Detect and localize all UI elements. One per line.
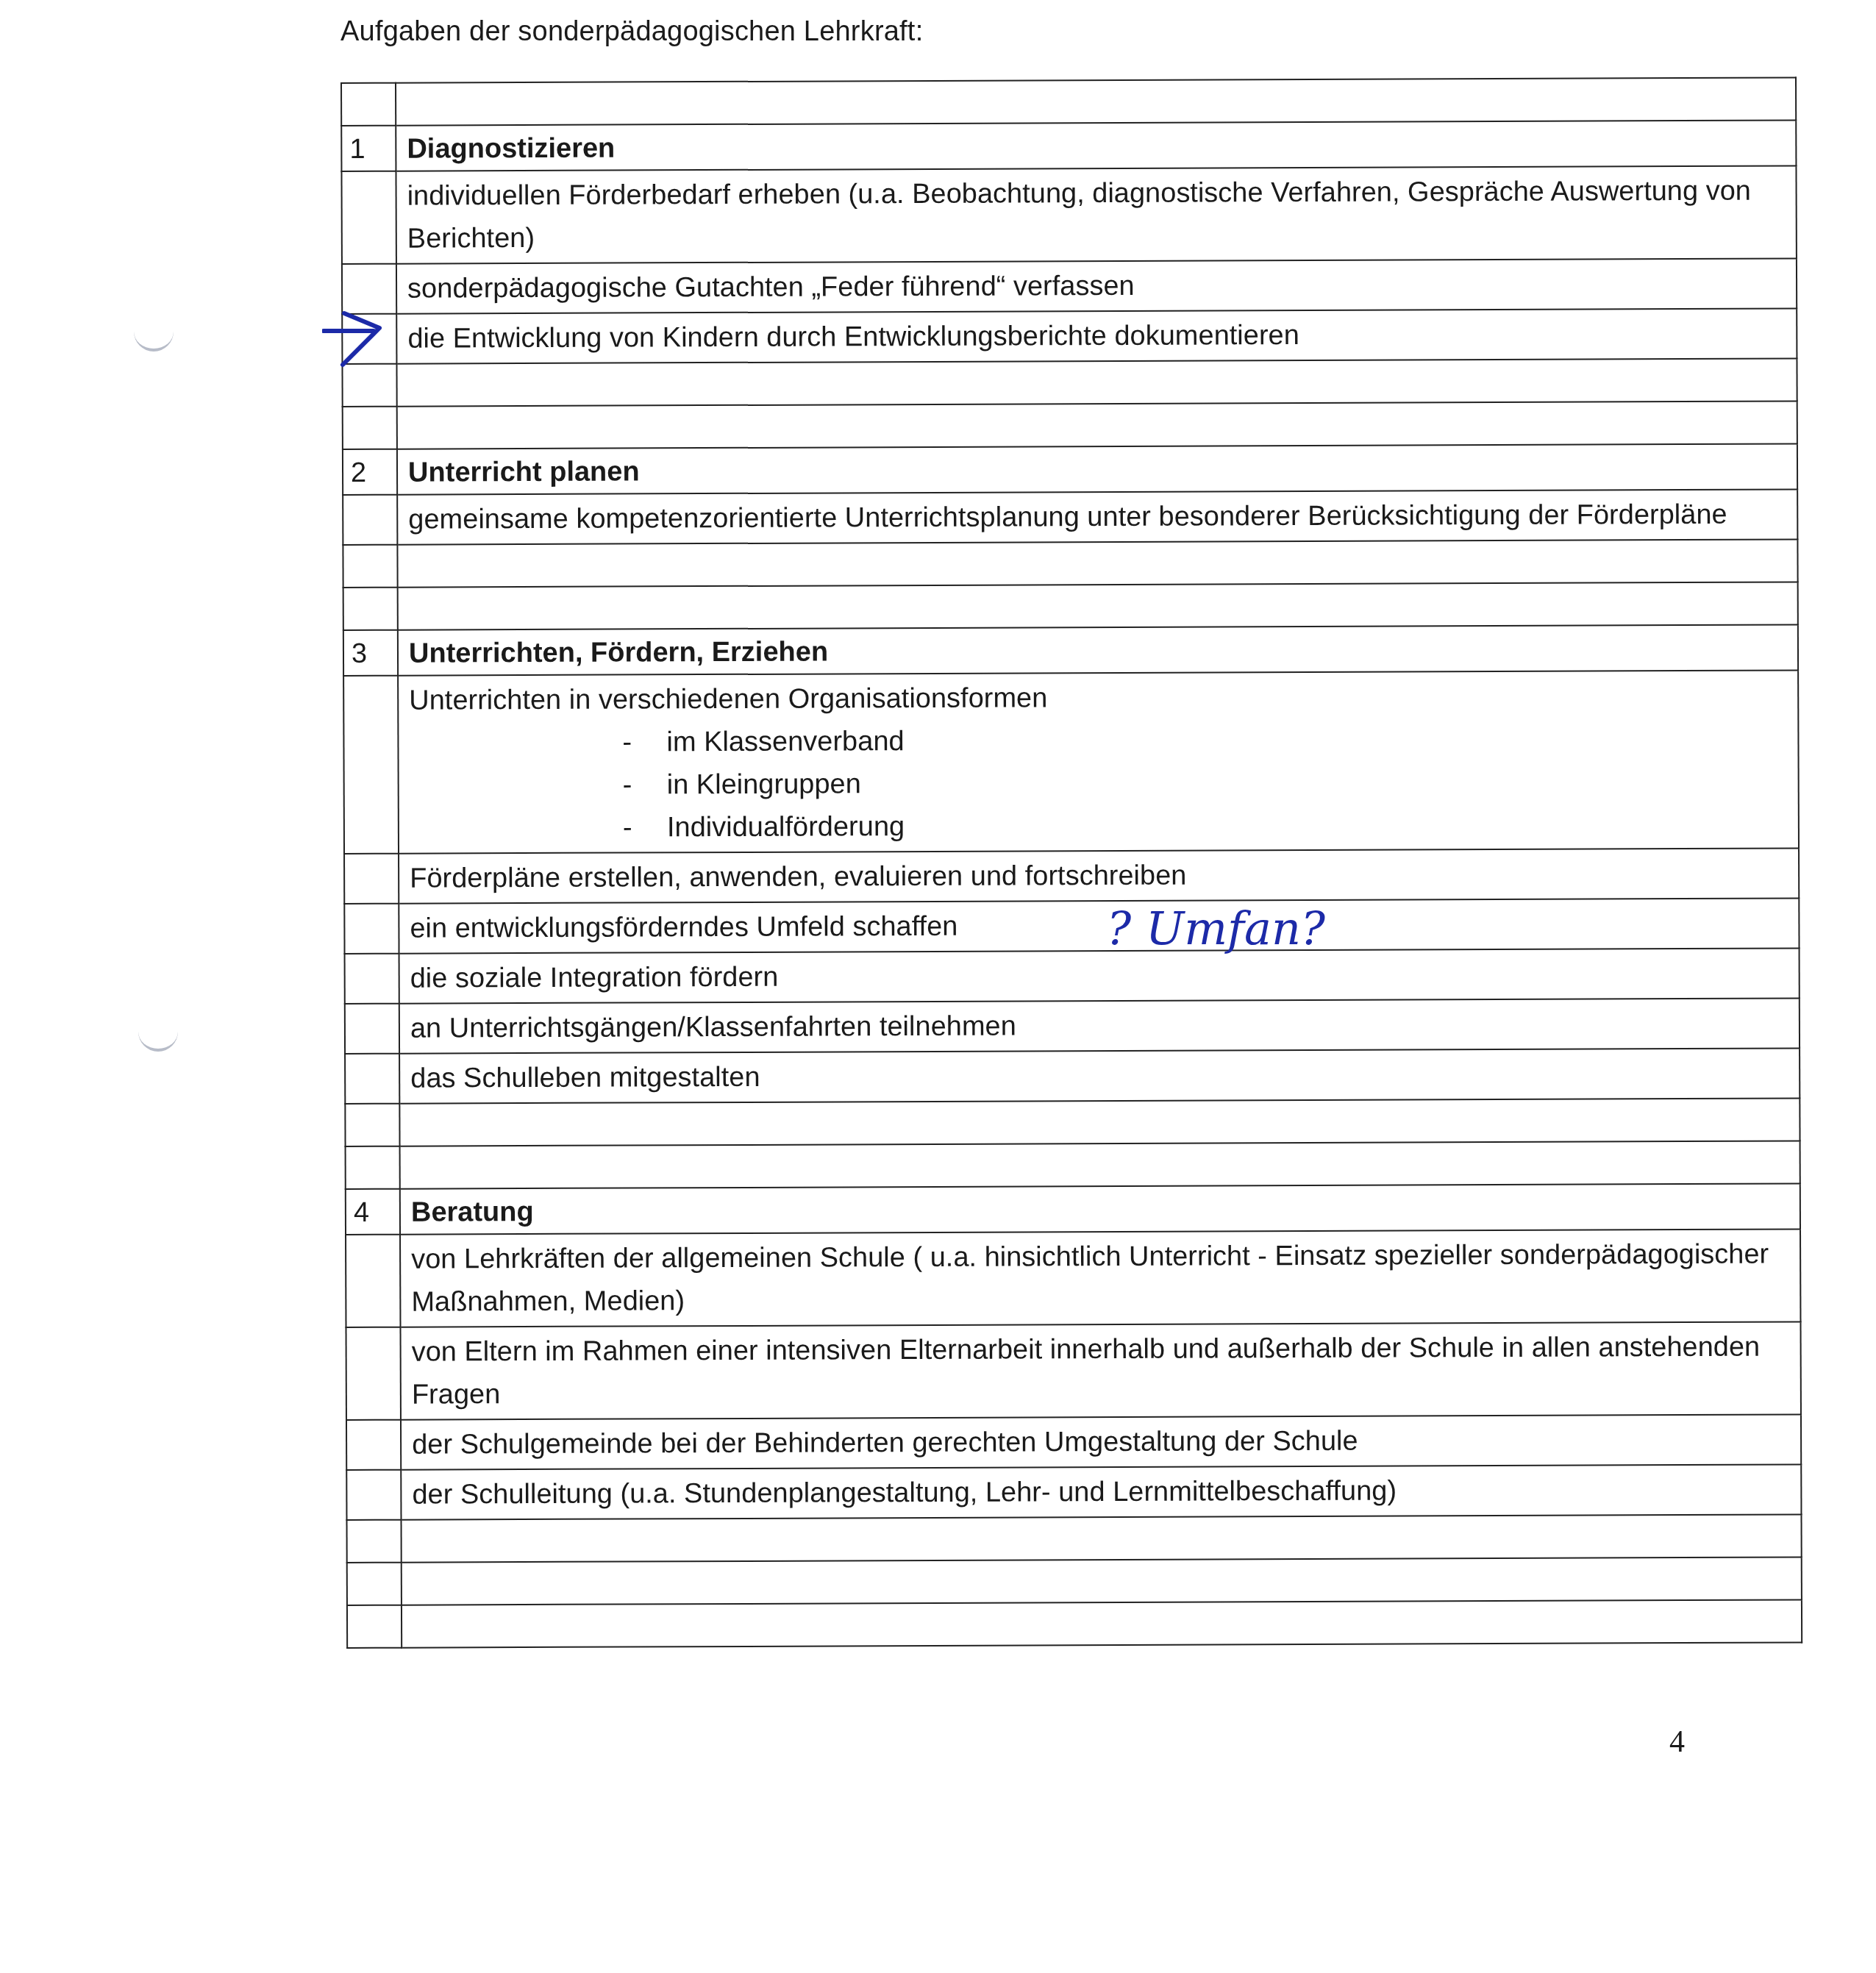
section-header-unterricht-planen: 2 Unterricht planen bbox=[343, 443, 1797, 495]
section-title: Beratung bbox=[400, 1183, 1800, 1234]
list-item: im Klassenverband bbox=[622, 716, 1787, 763]
table-row: Förderpläne erstellen, anwenden, evaluie… bbox=[344, 848, 1799, 904]
table-row-empty bbox=[343, 539, 1797, 588]
task-item: individuellen Förderbedarf erheben (u.a.… bbox=[396, 165, 1796, 263]
task-item: das Schulleben mitgestalten bbox=[399, 1048, 1800, 1103]
task-item: die soziale Integration fördern bbox=[399, 948, 1800, 1003]
punch-hole-mark bbox=[138, 1030, 178, 1052]
list-item: Individualförderung bbox=[623, 802, 1788, 849]
table-row-empty bbox=[347, 1514, 1802, 1563]
table-row: an Unterrichtsgängen/Klassenfahrten teil… bbox=[345, 998, 1800, 1054]
page-number: 4 bbox=[1669, 1724, 1685, 1760]
section-header-diagnostizieren: 1 Diagnostizieren bbox=[341, 120, 1796, 171]
table-row-empty bbox=[342, 358, 1797, 407]
organisation-forms-list: im Klassenverband in Kleingruppen Indivi… bbox=[409, 716, 1788, 849]
task-item: sonderpädagogische Gutachten „Feder führ… bbox=[396, 258, 1797, 313]
task-item-organisation: Unterrichten in verschiedenen Organisati… bbox=[398, 670, 1799, 853]
table-row-empty bbox=[343, 401, 1797, 449]
section-title: Unterrichten, Fördern, Erziehen bbox=[398, 624, 1798, 675]
table-row: der Schulleitung (u.a. Stundenplangestal… bbox=[346, 1464, 1801, 1520]
table-row: von Lehrkräften der allgemeinen Schule (… bbox=[346, 1229, 1800, 1327]
section-number: 4 bbox=[346, 1189, 400, 1235]
table-row-empty bbox=[345, 1098, 1800, 1146]
table-row: die soziale Integration fördern bbox=[345, 948, 1800, 1004]
punch-hole-mark bbox=[134, 329, 174, 352]
task-item: der Schulgemeinde bei der Behinderten ge… bbox=[401, 1414, 1801, 1469]
task-item: gemeinsame kompetenzorientierte Unterric… bbox=[397, 489, 1797, 544]
section-header-unterrichten: 3 Unterrichten, Fördern, Erziehen bbox=[343, 624, 1798, 676]
section-number: 1 bbox=[341, 126, 396, 171]
table-row: individuellen Förderbedarf erheben (u.a.… bbox=[341, 165, 1796, 264]
tasks-table: 1 Diagnostizieren individuellen Förderbe… bbox=[340, 76, 1802, 1649]
handwritten-note: ? Umfan? bbox=[1107, 906, 1325, 952]
table-row: der Schulgemeinde bei der Behinderten ge… bbox=[346, 1414, 1801, 1470]
table-row: Unterrichten in verschiedenen Organisati… bbox=[343, 670, 1799, 854]
table-row: von Eltern im Rahmen einer intensiven El… bbox=[346, 1321, 1801, 1420]
table-row: sonderpädagogische Gutachten „Feder führ… bbox=[342, 258, 1797, 314]
section-title: Unterricht planen bbox=[397, 443, 1797, 494]
task-item: die Entwicklung von Kindern durch Entwic… bbox=[396, 308, 1797, 363]
table-row-empty bbox=[347, 1599, 1802, 1648]
task-item: ein entwicklungsförderndes Umfeld schaff… bbox=[399, 898, 1799, 953]
section-number: 3 bbox=[343, 630, 398, 676]
table-row: das Schulleben mitgestalten bbox=[345, 1048, 1800, 1104]
list-item: in Kleingruppen bbox=[623, 759, 1788, 806]
organisation-intro: Unterrichten in verschiedenen Organisati… bbox=[409, 674, 1787, 721]
table-row-empty bbox=[341, 77, 1796, 126]
table-row-empty bbox=[343, 582, 1798, 630]
table-row-empty bbox=[347, 1557, 1802, 1605]
table-row: die Entwicklung von Kindern durch Entwic… bbox=[342, 308, 1797, 364]
task-item: der Schulleitung (u.a. Stundenplangestal… bbox=[401, 1464, 1801, 1519]
task-item: von Lehrkräften der allgemeinen Schule (… bbox=[400, 1229, 1800, 1327]
section-number: 2 bbox=[343, 449, 397, 495]
task-item: an Unterrichtsgängen/Klassenfahrten teil… bbox=[399, 998, 1800, 1053]
section-title: Diagnostizieren bbox=[396, 120, 1796, 171]
task-item: Förderpläne erstellen, anwenden, evaluie… bbox=[399, 848, 1799, 903]
table-row-empty bbox=[346, 1141, 1800, 1189]
handwritten-arrow-icon bbox=[322, 306, 388, 372]
section-header-beratung: 4 Beratung bbox=[346, 1183, 1800, 1235]
task-item: von Eltern im Rahmen einer intensiven El… bbox=[401, 1321, 1801, 1419]
table-row: gemeinsame kompetenzorientierte Unterric… bbox=[343, 489, 1797, 545]
page-heading: Aufgaben der sonderpädagogischen Lehrkra… bbox=[340, 16, 923, 48]
table-row: ein entwicklungsförderndes Umfeld schaff… bbox=[344, 898, 1799, 954]
